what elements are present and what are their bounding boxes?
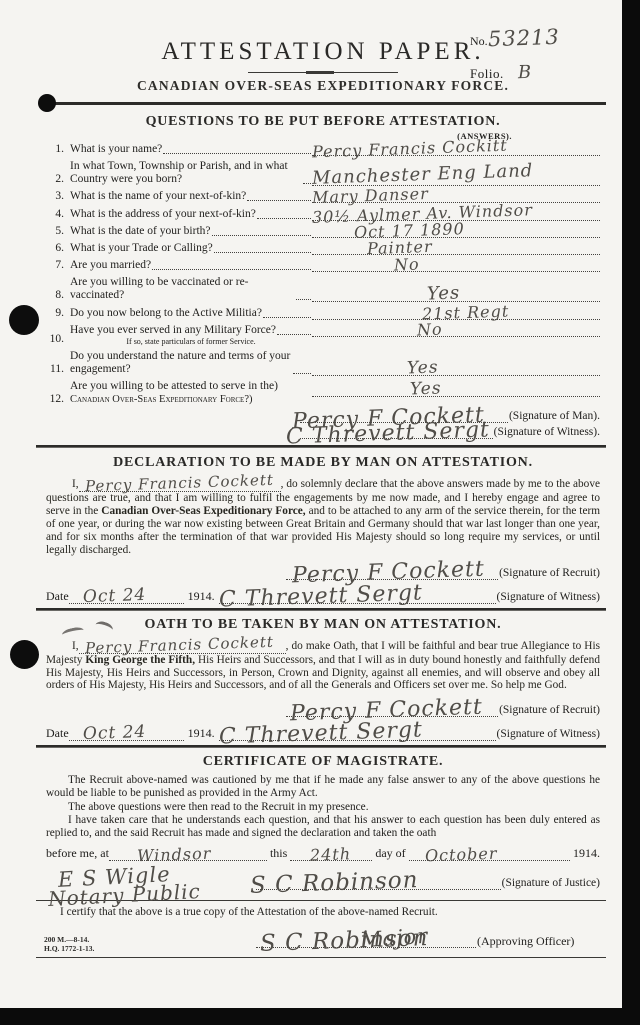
signature-of-witness-row: C Threvett Sergt (Signature of Witness). (46, 426, 600, 439)
declaration-paragraph: I,Percy Francis Cockett, do solemnly dec… (46, 475, 600, 556)
certificate-paragraph-2: The above questions were then read to th… (46, 801, 600, 814)
answer-handwritten: Yes (427, 285, 461, 304)
dotted-leader (212, 235, 311, 236)
answer-handwritten: Percy Francis Cockitt (312, 138, 508, 161)
date-handwritten: Oct 24 (82, 587, 146, 606)
date-year: 1914. (188, 589, 215, 604)
answer-handwritten: No (417, 321, 443, 338)
question-number: 6. (46, 242, 64, 255)
certificate-text: The above questions were then read to th… (68, 801, 369, 813)
signature-of-witness-label: (Signature of Witness) (497, 591, 600, 604)
dotted-leader (263, 317, 311, 318)
serial-number-value: 53213 (487, 27, 560, 50)
notary-public-handwritten: Notary Public (48, 881, 202, 909)
dotted-leader (293, 373, 311, 374)
date-handwritten: Oct 24 (82, 724, 146, 743)
question-row-8: 8. Are you willing to be vaccinated or r… (46, 276, 600, 302)
folio-label: Folio. (470, 66, 504, 81)
answer-line (312, 251, 600, 255)
date-year: 1914. (188, 726, 215, 741)
questions-list: 1. What is your name? Percy Francis Cock… (46, 143, 600, 406)
form-code-line2: H.Q. 1772-1-13. (44, 945, 94, 954)
question-text: Are you willing to be vaccinated or re-v… (70, 276, 295, 302)
question-row-10: 10. Have you ever served in any Military… (46, 324, 600, 346)
serial-folio-block: No. 53213 Folio. B (470, 28, 600, 83)
answer-line (312, 393, 600, 397)
signature-of-justice-label: (Signature of Justice) (502, 877, 600, 890)
signature-line: C Threvett Sergt (219, 736, 496, 741)
question-number: 8. (46, 289, 64, 302)
title-divider (248, 72, 398, 73)
folio-value: B (517, 64, 532, 82)
oath-date-row: Date Oct 24 1914. C Threvett Sergt (Sign… (46, 726, 600, 741)
question-row-6: 6. What is your Trade or Calling? Painte… (46, 242, 600, 255)
declaration-recruit-signature-row: Percy F Cockett (Signature of Recruit) (46, 567, 600, 580)
name-fill-line: Percy Francis Cockett (79, 637, 286, 654)
justice-signature-row: E S Wigle Notary Public S C Robinson (Si… (46, 877, 600, 890)
answer-line (312, 268, 600, 272)
question-text: Do you now belong to the Active Militia? (70, 307, 262, 320)
document-header: ATTESTATION PAPER. CANADIAN OVER-SEAS EX… (46, 38, 600, 94)
question-number: 10. (46, 333, 64, 346)
signature-line: Percy F Cockett (286, 575, 498, 580)
before-me-row: before me, at Windsor this 24th day of O… (46, 846, 600, 861)
approving-signature-handwritten: S C Robinson (260, 927, 429, 956)
answer-line (312, 372, 600, 376)
certificate-text: I have taken care that he understands ea… (46, 814, 600, 839)
question-row-2: 2. In what Town, Township or Parish, and… (46, 160, 600, 186)
month-handwritten: October (424, 846, 497, 865)
punch-hole-icon (9, 305, 39, 335)
question-row-11: 11. Do you understand the nature and ter… (46, 350, 600, 376)
recruit-name-handwritten: Percy Francis Cockett (84, 473, 273, 495)
question-text: Are you married? (70, 259, 151, 272)
certificate-text: The Recruit above-named was cautioned by… (46, 774, 600, 799)
declaration-body-bold: Canadian Over-Seas Expeditionary Force, (101, 505, 305, 517)
question-text-smallcaps: Canadian Over-Seas Expeditionary Force?) (70, 393, 302, 406)
oath-intro: I, (72, 640, 79, 652)
question-row-12: 12. Are you willing to be attested to se… (46, 380, 600, 406)
date-line: Oct 24 (69, 736, 184, 741)
declaration-date-row: Date Oct 24 1914. C Threvett Sergt (Sign… (46, 589, 600, 604)
question-row-7: 7. Are you married? No (46, 259, 600, 272)
question-text: What is the name of your next-of-kin? (70, 190, 246, 203)
question-text: Have you ever served in any Military For… (70, 324, 276, 337)
oath-paragraph: I,Percy Francis Cockett, do make Oath, t… (46, 637, 600, 693)
year-label: 1914. (573, 846, 600, 861)
dotted-leader (163, 153, 311, 154)
dotted-leader (296, 299, 311, 300)
question-number: 12. (46, 393, 64, 406)
date-label: Date (46, 589, 69, 604)
name-fill-line: Percy Francis Cockett (79, 475, 281, 492)
answer-handwritten: Yes (407, 359, 439, 377)
form-code-block: 200 M.—8-14. H.Q. 1772-1-13. (44, 936, 94, 953)
date-line: Oct 24 (69, 599, 184, 604)
dotted-leader (303, 183, 311, 184)
question-number: 7. (46, 259, 64, 272)
dotted-leader (277, 334, 311, 335)
question-number: 4. (46, 208, 64, 221)
attestation-signatures: Percy F Cockett (Signature of Man). C Th… (46, 410, 600, 439)
dotted-leader (214, 252, 311, 253)
declaration-intro: I, (72, 478, 79, 490)
question-row-9: 9. Do you now belong to the Active Milit… (46, 307, 600, 320)
question-text: What is the date of your birth? (70, 225, 211, 238)
day-handwritten: 24th (310, 847, 352, 864)
question-text: What is your Trade or Calling? (70, 242, 213, 255)
certificate-heading: CERTIFICATE OF MAGISTRATE. (46, 754, 600, 770)
scanned-attestation-document: { "header": { "title": "ATTESTATION PAPE… (0, 0, 640, 1025)
day-line: 24th (290, 856, 372, 861)
question-number: 11. (46, 363, 64, 376)
recruit-name-handwritten: Percy Francis Cockett (84, 634, 273, 656)
question-number: 5. (46, 225, 64, 238)
signature-of-man-label: (Signature of Man). (509, 410, 600, 423)
dotted-leader (152, 269, 311, 270)
approving-officer-row: S C Robinson (Approving Officer) (46, 935, 600, 948)
question-row-4: 4. What is the address of your next-of-k… (46, 208, 600, 221)
place-line: Windsor (109, 856, 267, 861)
dotted-leader (247, 200, 311, 201)
section-rule (46, 102, 606, 105)
serial-number-label: No. (470, 34, 488, 48)
answer-handwritten: Yes (410, 381, 442, 399)
before-me-label: before me, at (46, 846, 109, 861)
signature-line: Percy F Cockett (286, 712, 498, 717)
question-note: If so, state particulars of former Servi… (70, 337, 312, 346)
question-row-1: 1. What is your name? Percy Francis Cock… (46, 143, 600, 156)
certificate-paragraph-3: I have taken care that he understands ea… (46, 814, 600, 839)
questions-heading: QUESTIONS TO BE PUT BEFORE ATTESTATION. (46, 114, 600, 130)
question-number: 9. (46, 307, 64, 320)
punch-hole-icon (10, 640, 39, 669)
signature-of-recruit-label: (Signature of Recruit) (499, 567, 600, 580)
signature-of-man-row: Percy F Cockett (Signature of Man). (46, 410, 600, 423)
oath-heading: OATH TO BE TAKEN BY MAN ON ATTESTATION. (46, 617, 600, 633)
answer-line (312, 333, 600, 337)
section-rule (36, 957, 606, 958)
signature-of-witness-label: (Signature of Witness). (494, 426, 600, 439)
certify-copy-line: I certify that the above is a true copy … (46, 906, 600, 919)
signature-of-recruit-label: (Signature of Recruit) (499, 704, 600, 717)
question-number: 2. (46, 173, 64, 186)
declaration-heading: DECLARATION TO BE MADE BY MAN ON ATTESTA… (46, 455, 600, 471)
justice-signature-handwritten: S C Robinson (250, 869, 419, 898)
certify-text: I certify that the above is a true copy … (60, 906, 438, 918)
place-handwritten: Windsor (137, 846, 212, 865)
question-text: Are you willing to be attested to serve … (70, 380, 278, 393)
question-number: 3. (46, 190, 64, 203)
signature-line: C Threvett Sergt (300, 434, 493, 439)
signature-of-witness-label: (Signature of Witness) (497, 728, 600, 741)
month-line: October (409, 856, 570, 861)
question-text: In what Town, Township or Parish, and in… (70, 160, 302, 186)
dotted-leader (257, 218, 311, 219)
day-of-label: day of (375, 846, 405, 861)
date-label: Date (46, 726, 69, 741)
certificate-paragraph-1: The Recruit above-named was cautioned by… (46, 774, 600, 799)
answer-handwritten: No (394, 257, 420, 274)
question-row-5: 5. What is the date of your birth? Oct 1… (46, 225, 600, 238)
folio-block: Folio. B (470, 64, 600, 83)
signature-line: S C Robinson (256, 943, 476, 948)
this-label: this (270, 846, 287, 861)
punch-hole-icon (38, 94, 56, 112)
oath-recruit-signature-row: Percy F Cockett (Signature of Recruit) (46, 704, 600, 717)
signature-line: S C Robinson (256, 885, 501, 890)
question-text: What is your name? (70, 143, 162, 156)
question-text: What is the address of your next-of-kin? (70, 208, 256, 221)
signature-line: C Threvett Sergt (219, 599, 496, 604)
question-text: Do you understand the nature and terms o… (70, 350, 292, 376)
question-number: 1. (46, 143, 64, 156)
attestation-paper-page: ATTESTATION PAPER. CANADIAN OVER-SEAS EX… (0, 0, 622, 1008)
approving-officer-label: (Approving Officer) (477, 935, 574, 948)
